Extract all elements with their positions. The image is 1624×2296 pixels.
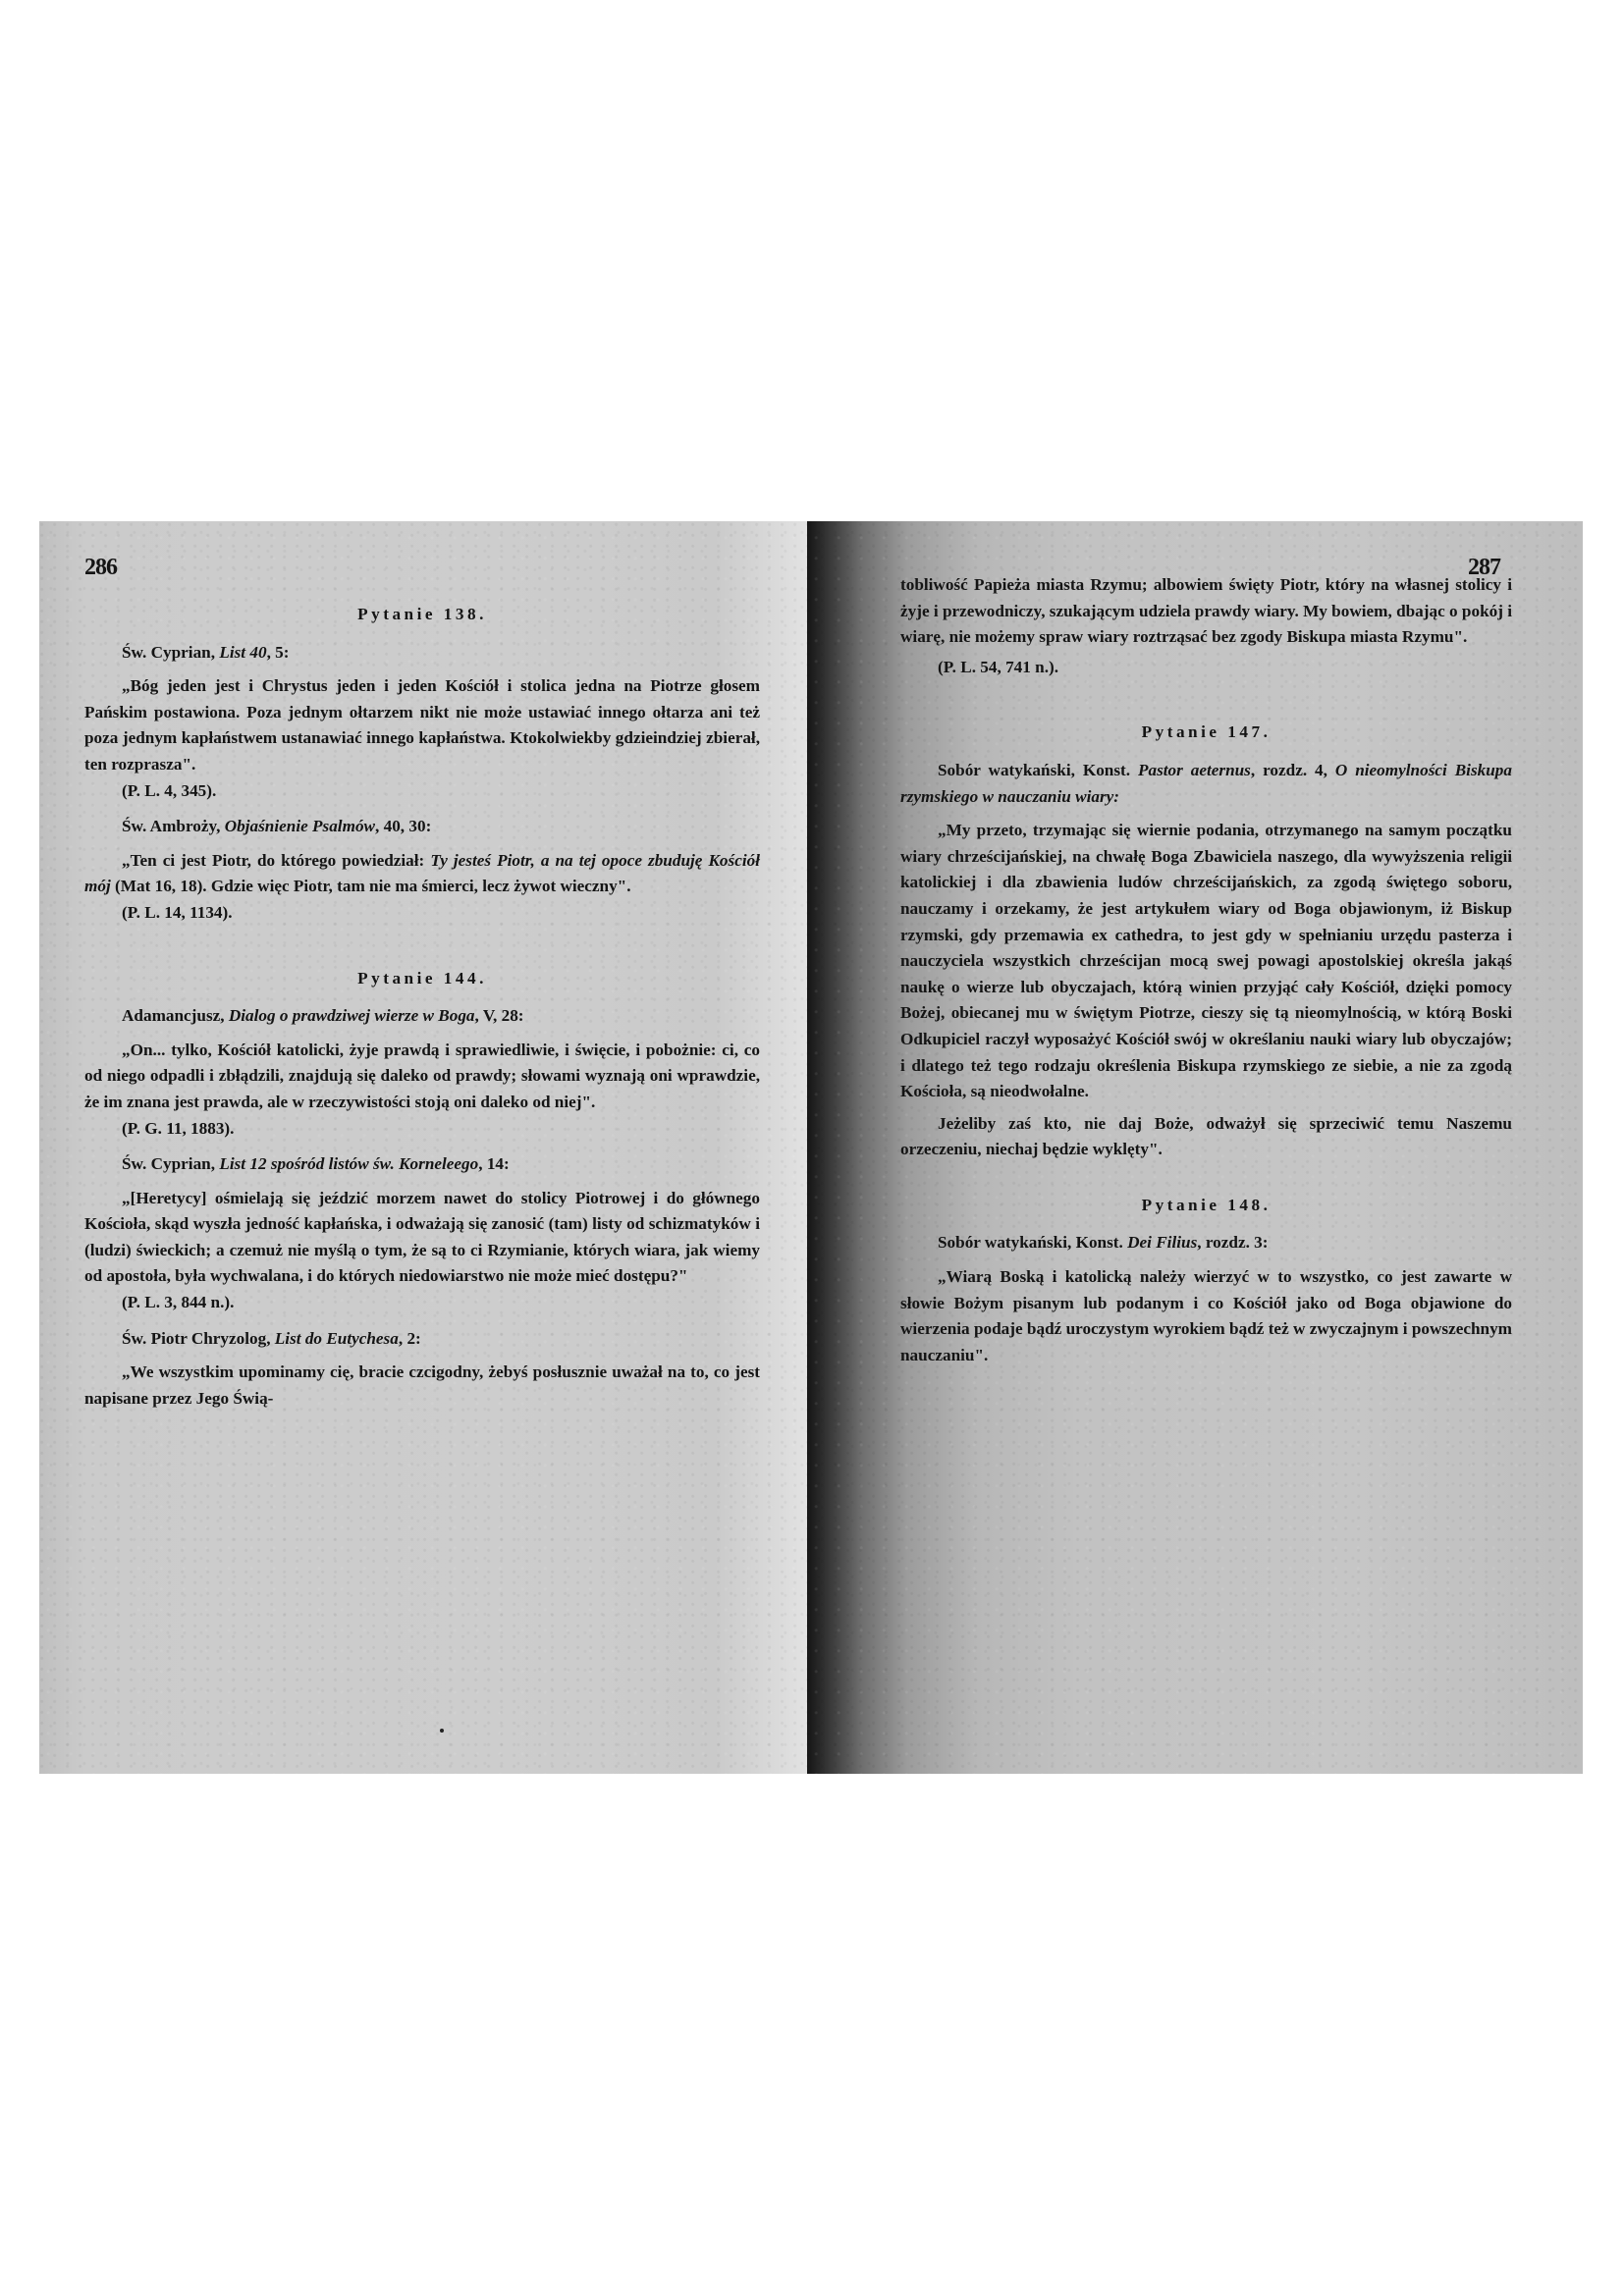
- page-number-left: 286: [84, 555, 117, 581]
- quote-paragraph: „We wszystkim upominamy cię, bracie czci…: [84, 1360, 760, 1412]
- source-citation: Sobór watykański, Konst. Pastor aeternus…: [900, 758, 1512, 810]
- quote-paragraph: „[Heretycy] ośmielają się jeździć morzem…: [84, 1186, 760, 1290]
- right-page-text: tobliwość Papieża miasta Rzymu; albowiem…: [900, 572, 1512, 1368]
- right-page: 287 tobliwość Papieża miasta Rzymu; albo…: [807, 521, 1583, 1774]
- quote-paragraph: Jeżeliby zaś kto, nie daj Boże, odważył …: [900, 1111, 1512, 1163]
- section-heading: Pytanie 138.: [84, 602, 760, 628]
- source-citation: Św. Cyprian, List 40, 5:: [84, 640, 760, 667]
- source-citation: Sobór watykański, Konst. Dei Filius, roz…: [900, 1230, 1512, 1256]
- section-heading: Pytanie 147.: [900, 720, 1512, 746]
- quote-paragraph: „My przeto, trzymając się wiernie podani…: [900, 818, 1512, 1105]
- source-citation: Św. Ambroży, Objaśnienie Psalmów, 40, 30…: [84, 814, 760, 840]
- source-citation: Św. Piotr Chryzolog, List do Eutychesa, …: [84, 1326, 760, 1353]
- reference: (P. L. 4, 345).: [84, 778, 760, 805]
- book-scan: 286 Pytanie 138. Św. Cyprian, List 40, 5…: [39, 521, 1583, 1774]
- quote-paragraph: „Wiarą Boską i katolicką należy wierzyć …: [900, 1264, 1512, 1368]
- quote-paragraph: „Bóg jeden jest i Chrystus jeden i jeden…: [84, 673, 760, 777]
- reference: (P. L. 3, 844 n.).: [84, 1290, 760, 1316]
- print-mark: [440, 1729, 444, 1733]
- left-page-text: Pytanie 138. Św. Cyprian, List 40, 5: „B…: [84, 602, 760, 1412]
- source-citation: Adamancjusz, Dialog o prawdziwej wierze …: [84, 1003, 760, 1030]
- source-citation: Św. Cyprian, List 12 spośród listów św. …: [84, 1151, 760, 1178]
- reference: (P. L. 54, 741 n.).: [900, 655, 1512, 681]
- section-heading: Pytanie 144.: [84, 966, 760, 992]
- quote-paragraph: „Ten ci jest Piotr, do którego powiedzia…: [84, 848, 760, 900]
- quote-paragraph: „On... tylko, Kościół katolicki, żyje pr…: [84, 1038, 760, 1116]
- section-heading: Pytanie 148.: [900, 1193, 1512, 1219]
- reference: (P. L. 14, 1134).: [84, 900, 760, 927]
- continuation-paragraph: tobliwość Papieża miasta Rzymu; albowiem…: [900, 572, 1512, 651]
- reference: (P. G. 11, 1883).: [84, 1116, 760, 1143]
- left-page: 286 Pytanie 138. Św. Cyprian, List 40, 5…: [39, 521, 807, 1774]
